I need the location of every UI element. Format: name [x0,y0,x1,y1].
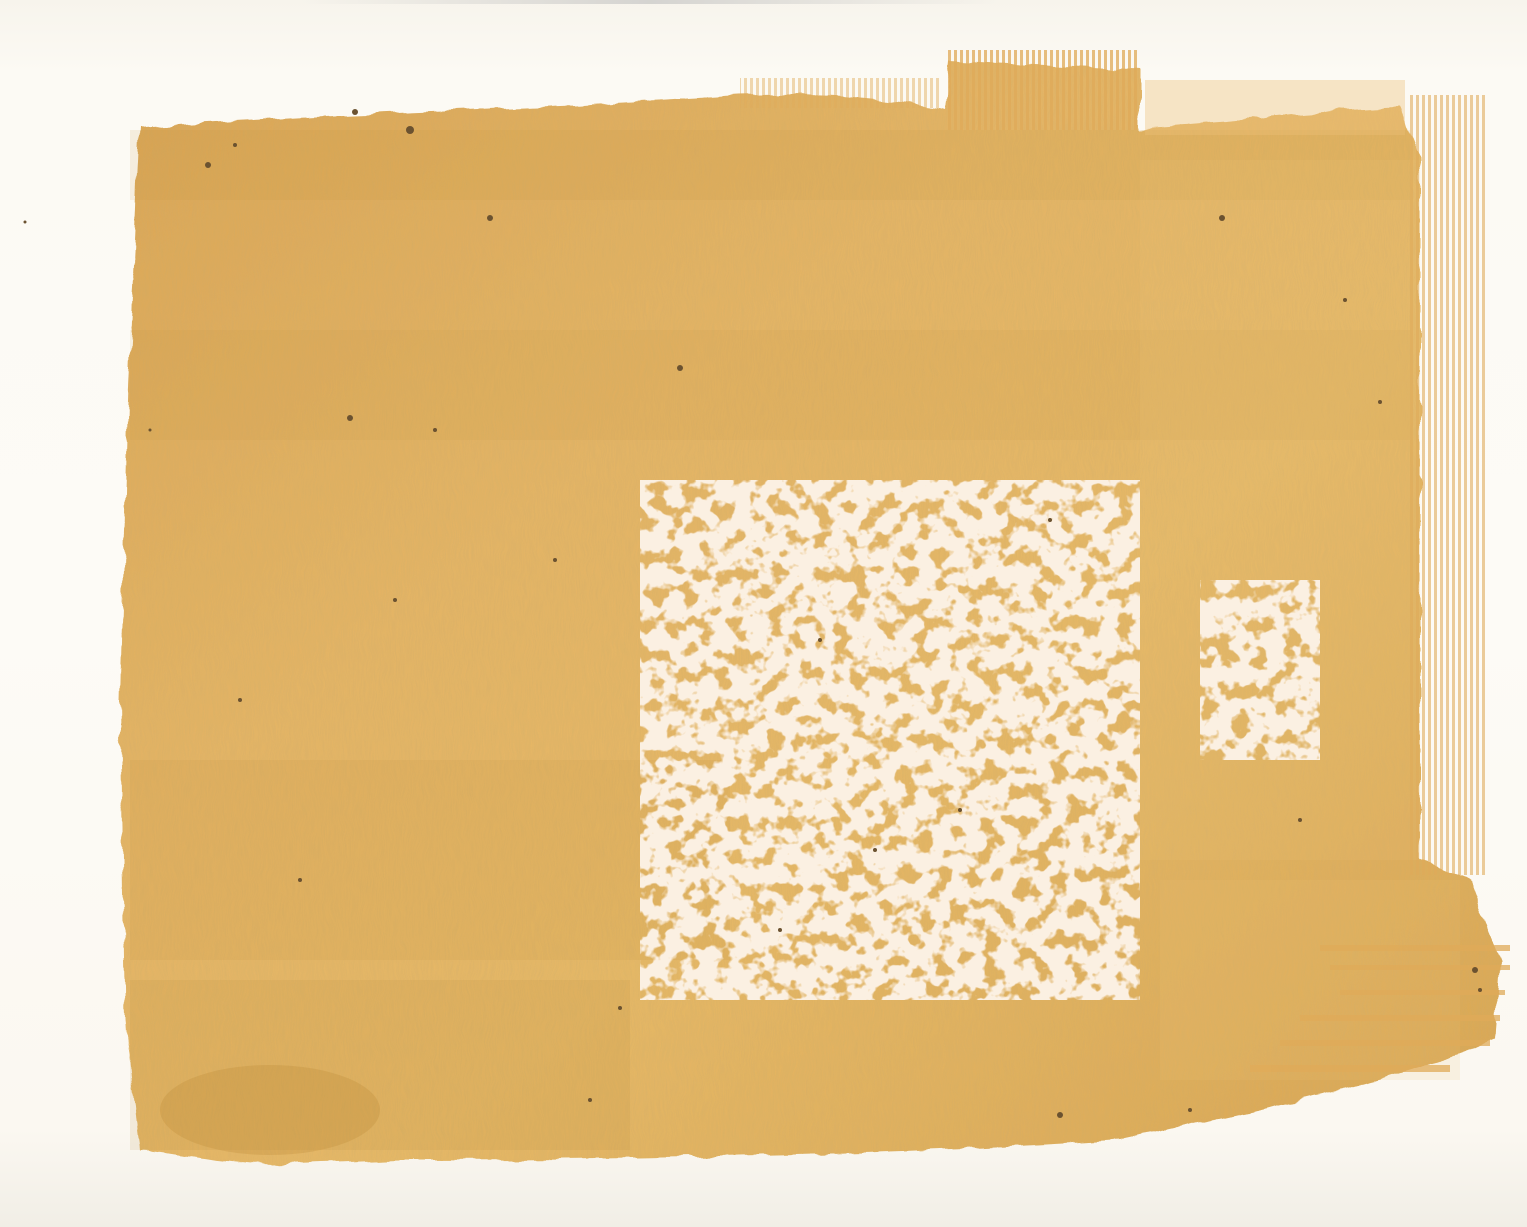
ochre-paint-wash [0,0,1527,1227]
paper-background [0,0,1527,1227]
